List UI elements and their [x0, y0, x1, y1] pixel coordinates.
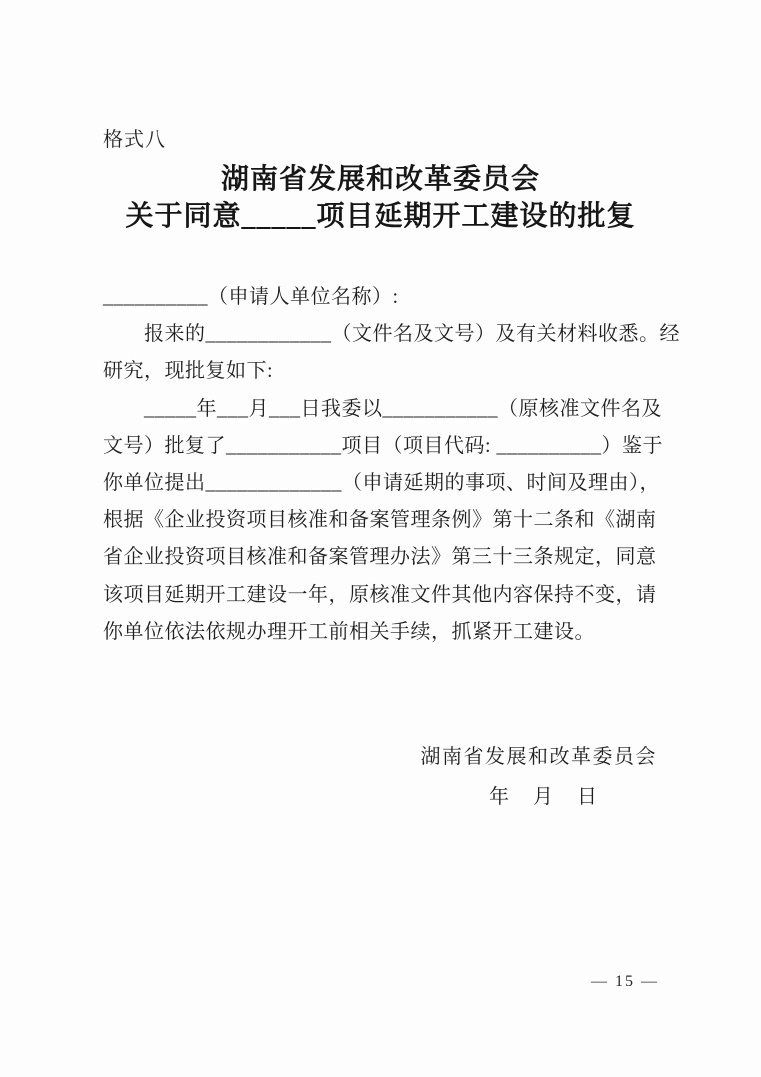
body-line: 报来的____________（文件名及文号）及有关材料收悉。经 [103, 316, 665, 353]
body-line: 根据《企业投资项目核准和备案管理条例》第十二条和《湖南 [103, 502, 665, 539]
document-body: __________（申请人单位名称）: 报来的____________（文件名… [103, 279, 665, 651]
body-line: 研究，现批复如下: [103, 353, 665, 390]
body-line: 你单位依法依规办理开工前相关手续，抓紧开工建设。 [103, 614, 665, 651]
page-number: — 15 — [591, 973, 659, 991]
document-page: 格式八 湖南省发展和改革委员会 关于同意_____项目延期开工建设的批复 ___… [0, 0, 761, 1077]
body-line: 该项目延期开工建设一年，原核准文件其他内容保持不变，请 [103, 577, 665, 614]
document-title-org: 湖南省发展和改革委员会 [50, 161, 711, 198]
body-line-salutation: __________（申请人单位名称）: [103, 279, 665, 316]
body-line: 文号）批复了___________项目（项目代码: __________）鉴于 [103, 428, 665, 465]
signature-date: 年 月 日 [103, 777, 663, 817]
signature-org: 湖南省发展和改革委员会 [103, 737, 663, 777]
body-line: _____年___月___日我委以___________（原核准文件名及 [103, 391, 665, 428]
signature-block: 湖南省发展和改革委员会 年 月 日 [103, 737, 663, 817]
format-label: 格式八 [103, 123, 166, 152]
document-title-subject: 关于同意_____项目延期开工建设的批复 [50, 198, 711, 235]
body-line: 你单位提出_____________（申请延期的事项、时间及理由）， [103, 465, 665, 502]
document-title-block: 湖南省发展和改革委员会 关于同意_____项目延期开工建设的批复 [50, 161, 711, 235]
body-line: 省企业投资项目核准和备案管理办法》第三十三条规定，同意 [103, 539, 665, 576]
